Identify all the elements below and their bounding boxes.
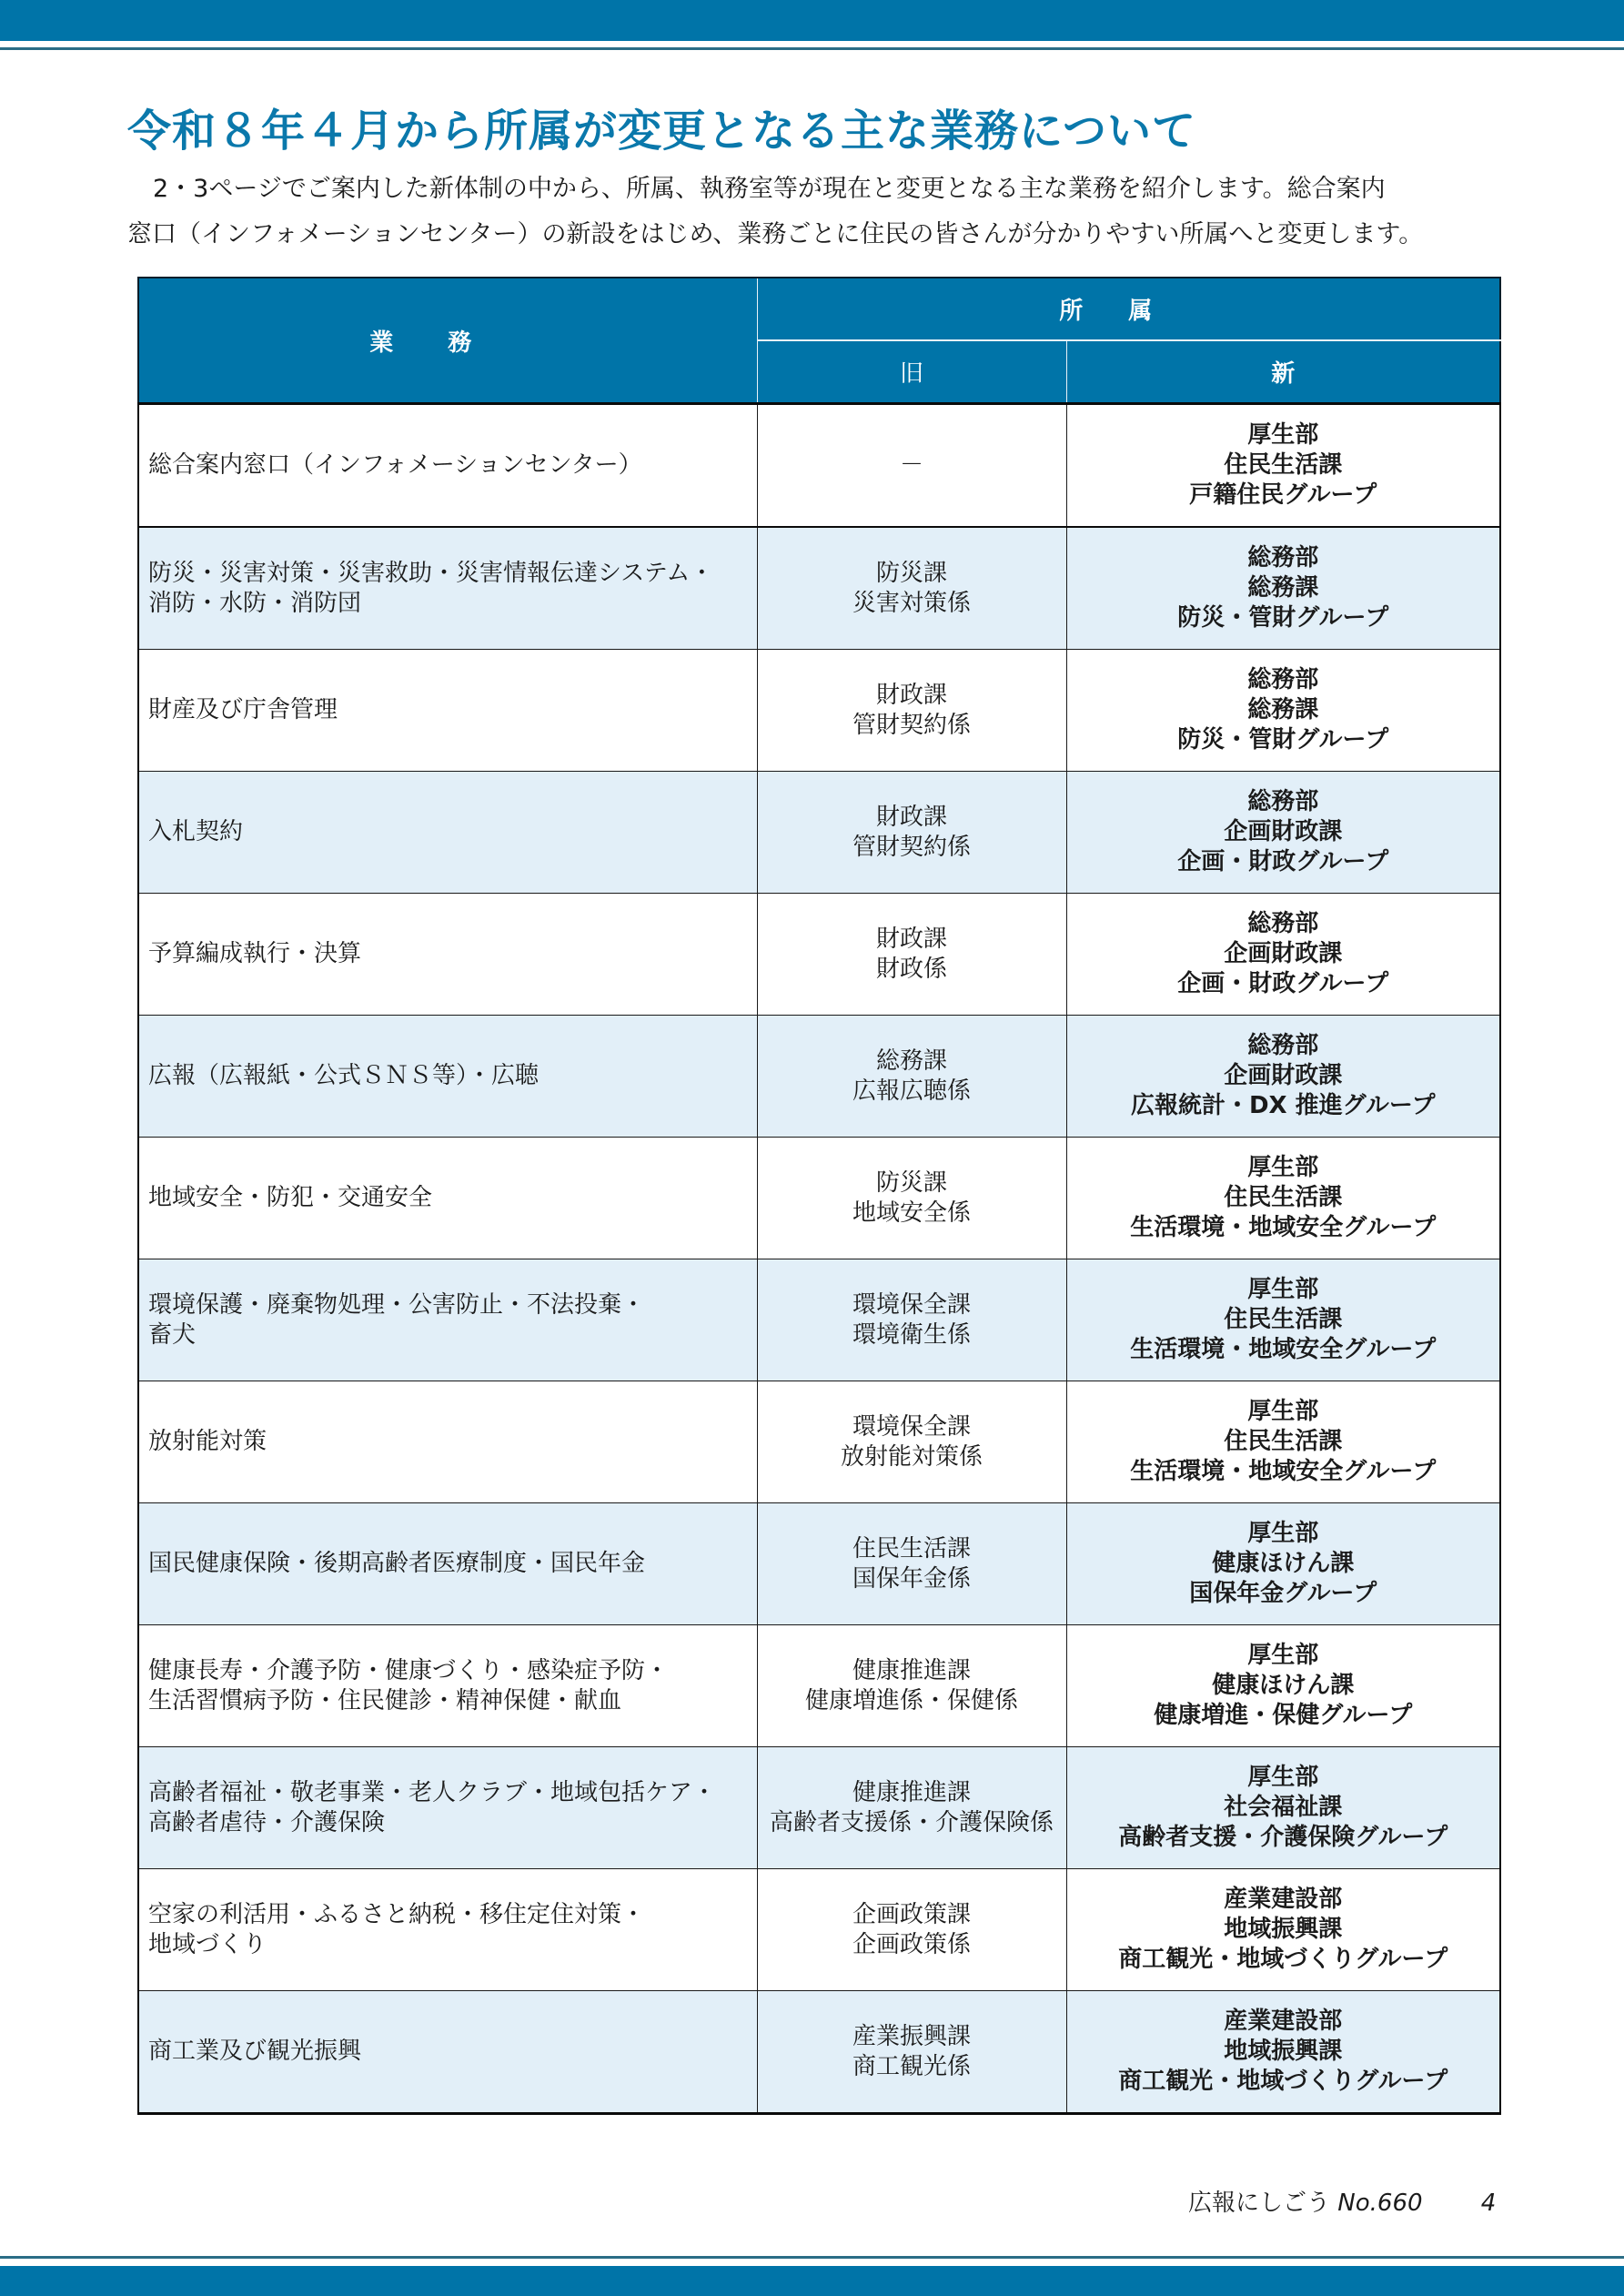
new-affiliation-cell-line: 厚生部	[1067, 1275, 1500, 1305]
old-affiliation-cell-line: 放射能対策係	[758, 1442, 1066, 1472]
old-affiliation-cell: －	[757, 404, 1066, 528]
new-affiliation-cell-line: 住民生活課	[1067, 1427, 1500, 1457]
old-affiliation-cell: 住民生活課国保年金係	[757, 1503, 1066, 1625]
header-new: 新	[1066, 340, 1500, 404]
table-row: 地域安全・防犯・交通安全防災課地域安全係厚生部住民生活課生活環境・地域安全グルー…	[138, 1138, 1500, 1259]
new-affiliation-cell: 厚生部社会福祉課高齢者支援・介護保険グループ	[1066, 1747, 1500, 1869]
old-affiliation-cell-line: 総務課	[758, 1047, 1066, 1077]
table-row: 空家の利活用・ふるさと納税・移住定住対策・地域づくり企画政策課企画政策係産業建設…	[138, 1869, 1500, 1991]
table-row: 広報（広報紙・公式ＳＮＳ等）・広聴総務課広報広聴係総務部企画財政課広報統計・DX…	[138, 1016, 1500, 1138]
new-affiliation-cell: 総務部総務課防災・管財グループ	[1066, 650, 1500, 772]
new-affiliation-cell-line: 産業建設部	[1067, 2007, 1500, 2037]
footer-rule	[0, 2256, 1624, 2259]
new-affiliation-cell-line: 総務部	[1067, 665, 1500, 695]
footer: 広報にしごう No.660 4	[1188, 2184, 1496, 2218]
new-affiliation-cell-line: 広報統計・DX 推進グループ	[1067, 1091, 1500, 1121]
old-affiliation-cell-line: 環境保全課	[758, 1412, 1066, 1442]
new-affiliation-cell-line: 商工観光・地域づくりグループ	[1067, 1945, 1500, 1975]
old-affiliation-cell-line: 商工観光係	[758, 2052, 1066, 2082]
task-cell-line: 広報（広報紙・公式ＳＮＳ等）・広聴	[148, 1061, 757, 1091]
new-affiliation-cell-line: 国保年金グループ	[1067, 1579, 1500, 1609]
header-band	[0, 0, 1624, 41]
department-change-table: 業務 所属 旧 新 総合案内窓口（インフォメーションセンター）－厚生部住民生活課…	[137, 277, 1501, 2115]
old-affiliation-cell: 防災課地域安全係	[757, 1138, 1066, 1259]
new-affiliation-cell-line: 総務課	[1067, 573, 1500, 603]
new-affiliation-cell-line: 産業建設部	[1067, 1885, 1500, 1915]
new-affiliation-cell-line: 住民生活課	[1067, 1305, 1500, 1335]
table-row: 商工業及び観光振興産業振興課商工観光係産業建設部地域振興課商工観光・地域づくりグ…	[138, 1991, 1500, 2114]
task-cell-line: 生活習慣病予防・住民健診・精神保健・献血	[148, 1686, 757, 1716]
task-cell: 財産及び庁舎管理	[138, 650, 757, 772]
new-affiliation-cell-line: 商工観光・地域づくりグループ	[1067, 2067, 1500, 2097]
task-cell-line: 財産及び庁舎管理	[148, 695, 757, 725]
new-affiliation-cell-line: 社会福祉課	[1067, 1793, 1500, 1823]
old-affiliation-cell: 防災課災害対策係	[757, 527, 1066, 650]
publication-name: 広報にしごう	[1188, 2190, 1330, 2217]
old-affiliation-cell-line: 災害対策係	[758, 589, 1066, 619]
old-affiliation-cell-line: 財政課	[758, 803, 1066, 833]
new-affiliation-cell: 産業建設部地域振興課商工観光・地域づくりグループ	[1066, 1869, 1500, 1991]
task-cell-line: 高齢者福祉・敬老事業・老人クラブ・地域包括ケア・	[148, 1778, 757, 1808]
task-cell-line: 地域づくり	[148, 1930, 757, 1960]
task-cell: 高齢者福祉・敬老事業・老人クラブ・地域包括ケア・高齢者虐待・介護保険	[138, 1747, 757, 1869]
old-affiliation-cell-line: 企画政策課	[758, 1900, 1066, 1930]
old-affiliation-cell: 健康推進課高齢者支援係・介護保険係	[757, 1747, 1066, 1869]
table-row: 財産及び庁舎管理財政課管財契約係総務部総務課防災・管財グループ	[138, 650, 1500, 772]
new-affiliation-cell-line: 健康ほけん課	[1067, 1671, 1500, 1701]
new-affiliation-cell-line: 厚生部	[1067, 1397, 1500, 1427]
task-cell: 防災・災害対策・災害救助・災害情報伝達システム・消防・水防・消防団	[138, 527, 757, 650]
task-cell: 地域安全・防犯・交通安全	[138, 1138, 757, 1259]
intro-line-2: 窓口（インフォメーションセンター）の新設をはじめ、業務ごとに住民の皆さんが分かり…	[127, 220, 1423, 248]
header-old: 旧	[757, 340, 1066, 404]
table-row: 健康長寿・介護予防・健康づくり・感染症予防・生活習慣病予防・住民健診・精神保健・…	[138, 1625, 1500, 1747]
task-cell-line: 商工業及び観光振興	[148, 2037, 757, 2067]
task-cell-line: 空家の利活用・ふるさと納税・移住定住対策・	[148, 1900, 757, 1930]
old-affiliation-cell-line: 健康推進課	[758, 1778, 1066, 1808]
new-affiliation-cell-line: 総務課	[1067, 695, 1500, 725]
old-affiliation-cell-line: 防災課	[758, 1168, 1066, 1199]
table-row: 防災・災害対策・災害救助・災害情報伝達システム・消防・水防・消防団防災課災害対策…	[138, 527, 1500, 650]
new-affiliation-cell-line: 企画財政課	[1067, 1061, 1500, 1091]
table-row: 国民健康保険・後期高齢者医療制度・国民年金住民生活課国保年金係厚生部健康ほけん課…	[138, 1503, 1500, 1625]
new-affiliation-cell-line: 住民生活課	[1067, 450, 1500, 480]
old-affiliation-cell: 総務課広報広聴係	[757, 1016, 1066, 1138]
old-affiliation-cell: 健康推進課健康増進係・保健係	[757, 1625, 1066, 1747]
new-affiliation-cell-line: 厚生部	[1067, 1763, 1500, 1793]
old-affiliation-cell: 財政課財政係	[757, 894, 1066, 1016]
footer-band	[0, 2266, 1624, 2296]
old-affiliation-cell-line: 住民生活課	[758, 1534, 1066, 1564]
task-cell: 空家の利活用・ふるさと納税・移住定住対策・地域づくり	[138, 1869, 757, 1991]
old-affiliation-cell: 企画政策課企画政策係	[757, 1869, 1066, 1991]
old-affiliation-cell-line: 健康増進係・保健係	[758, 1686, 1066, 1716]
new-affiliation-cell-line: 企画財政課	[1067, 817, 1500, 847]
page-number: 4	[1481, 2190, 1497, 2217]
old-affiliation-cell: 財政課管財契約係	[757, 772, 1066, 894]
new-affiliation-cell-line: 厚生部	[1067, 1153, 1500, 1183]
task-cell-line: 総合案内窓口（インフォメーションセンター）	[148, 450, 757, 480]
new-affiliation-cell-line: 総務部	[1067, 1031, 1500, 1061]
table-row: 放射能対策環境保全課放射能対策係厚生部住民生活課生活環境・地域安全グループ	[138, 1381, 1500, 1503]
old-affiliation-cell-line: 財政課	[758, 681, 1066, 711]
new-affiliation-cell-line: 企画財政課	[1067, 939, 1500, 969]
task-cell-line: 健康長寿・介護予防・健康づくり・感染症予防・	[148, 1656, 757, 1686]
table-body: 総合案内窓口（インフォメーションセンター）－厚生部住民生活課戸籍住民グループ防災…	[138, 404, 1500, 2114]
task-cell-line: 高齢者虐待・介護保険	[148, 1808, 757, 1838]
new-affiliation-cell-line: 防災・管財グループ	[1067, 725, 1500, 755]
task-cell-line: 放射能対策	[148, 1427, 757, 1457]
task-cell: 入札契約	[138, 772, 757, 894]
old-affiliation-cell-line: 管財契約係	[758, 833, 1066, 863]
task-cell: 健康長寿・介護予防・健康づくり・感染症予防・生活習慣病予防・住民健診・精神保健・…	[138, 1625, 757, 1747]
old-affiliation-cell-line: 企画政策係	[758, 1930, 1066, 1960]
task-cell: 広報（広報紙・公式ＳＮＳ等）・広聴	[138, 1016, 757, 1138]
new-affiliation-cell-line: 企画・財政グループ	[1067, 969, 1500, 999]
task-cell: 商工業及び観光振興	[138, 1991, 757, 2114]
old-affiliation-cell-line: 防災課	[758, 559, 1066, 589]
old-affiliation-cell-line: 高齢者支援係・介護保険係	[758, 1808, 1066, 1838]
new-affiliation-cell-line: 生活環境・地域安全グループ	[1067, 1213, 1500, 1243]
old-affiliation-cell: 環境保全課環境衛生係	[757, 1259, 1066, 1381]
old-affiliation-cell-line: 健康推進課	[758, 1656, 1066, 1686]
old-affiliation-cell: 産業振興課商工観光係	[757, 1991, 1066, 2114]
new-affiliation-cell: 総務部企画財政課広報統計・DX 推進グループ	[1066, 1016, 1500, 1138]
new-affiliation-cell: 総務部企画財政課企画・財政グループ	[1066, 772, 1500, 894]
new-affiliation-cell-line: 地域振興課	[1067, 1915, 1500, 1945]
new-affiliation-cell-line: 防災・管財グループ	[1067, 603, 1500, 633]
task-cell-line: 畜犬	[148, 1320, 757, 1350]
table-row: 環境保護・廃棄物処理・公害防止・不法投棄・畜犬環境保全課環境衛生係厚生部住民生活…	[138, 1259, 1500, 1381]
old-affiliation-cell-line: 環境保全課	[758, 1290, 1066, 1320]
task-cell-line: 国民健康保険・後期高齢者医療制度・国民年金	[148, 1549, 757, 1579]
new-affiliation-cell-line: 総務部	[1067, 909, 1500, 939]
old-affiliation-cell-line: 管財契約係	[758, 711, 1066, 741]
header-task: 業務	[138, 278, 757, 404]
new-affiliation-cell-line: 企画・財政グループ	[1067, 847, 1500, 877]
task-cell: 放射能対策	[138, 1381, 757, 1503]
old-affiliation-cell: 環境保全課放射能対策係	[757, 1381, 1066, 1503]
old-affiliation-cell-line: 産業振興課	[758, 2022, 1066, 2052]
old-affiliation-cell: 財政課管財契約係	[757, 650, 1066, 772]
table-row: 総合案内窓口（インフォメーションセンター）－厚生部住民生活課戸籍住民グループ	[138, 404, 1500, 528]
new-affiliation-cell: 産業建設部地域振興課商工観光・地域づくりグループ	[1066, 1991, 1500, 2114]
old-affiliation-cell-line: 広報広聴係	[758, 1077, 1066, 1107]
old-affiliation-cell-line: 国保年金係	[758, 1564, 1066, 1594]
new-affiliation-cell: 厚生部住民生活課生活環境・地域安全グループ	[1066, 1138, 1500, 1259]
new-affiliation-cell-line: 健康増進・保健グループ	[1067, 1701, 1500, 1731]
new-affiliation-cell-line: 厚生部	[1067, 420, 1500, 450]
intro-line-1: 2・3ページでご案内した新体制の中から、所属、執務室等が現在と変更となる主な業務…	[153, 175, 1386, 203]
new-affiliation-cell: 総務部総務課防災・管財グループ	[1066, 527, 1500, 650]
task-cell-line: 予算編成執行・決算	[148, 939, 757, 969]
new-affiliation-cell-line: 住民生活課	[1067, 1183, 1500, 1213]
old-affiliation-cell-line: 財政係	[758, 955, 1066, 985]
new-affiliation-cell-line: 厚生部	[1067, 1641, 1500, 1671]
table-row: 入札契約財政課管財契約係総務部企画財政課企画・財政グループ	[138, 772, 1500, 894]
page-title: 令和８年４月から所属が変更となる主な業務について	[127, 96, 1196, 158]
new-affiliation-cell-line: 厚生部	[1067, 1519, 1500, 1549]
old-affiliation-cell-line: 環境衛生係	[758, 1320, 1066, 1350]
task-cell-line: 環境保護・廃棄物処理・公害防止・不法投棄・	[148, 1290, 757, 1320]
task-cell: 予算編成執行・決算	[138, 894, 757, 1016]
new-affiliation-cell: 厚生部住民生活課生活環境・地域安全グループ	[1066, 1381, 1500, 1503]
new-affiliation-cell-line: 総務部	[1067, 543, 1500, 573]
table-row: 予算編成執行・決算財政課財政係総務部企画財政課企画・財政グループ	[138, 894, 1500, 1016]
old-affiliation-cell-line: 財政課	[758, 925, 1066, 955]
header-rule	[0, 47, 1624, 50]
task-cell-line: 地域安全・防犯・交通安全	[148, 1183, 757, 1213]
old-affiliation-cell-line: －	[758, 450, 1066, 480]
intro-paragraph: 2・3ページでご案内した新体制の中から、所属、執務室等が現在と変更となる主な業務…	[127, 167, 1519, 258]
table-row: 高齢者福祉・敬老事業・老人クラブ・地域包括ケア・高齢者虐待・介護保険健康推進課高…	[138, 1747, 1500, 1869]
task-cell-line: 入札契約	[148, 817, 757, 847]
new-affiliation-cell-line: 生活環境・地域安全グループ	[1067, 1335, 1500, 1365]
new-affiliation-cell-line: 高齢者支援・介護保険グループ	[1067, 1823, 1500, 1853]
new-affiliation-cell: 厚生部住民生活課戸籍住民グループ	[1066, 404, 1500, 528]
old-affiliation-cell-line: 地域安全係	[758, 1199, 1066, 1229]
task-cell: 総合案内窓口（インフォメーションセンター）	[138, 404, 757, 528]
task-cell: 環境保護・廃棄物処理・公害防止・不法投棄・畜犬	[138, 1259, 757, 1381]
new-affiliation-cell-line: 総務部	[1067, 787, 1500, 817]
header-affiliation: 所属	[757, 278, 1500, 340]
new-affiliation-cell: 厚生部健康ほけん課健康増進・保健グループ	[1066, 1625, 1500, 1747]
new-affiliation-cell-line: 戸籍住民グループ	[1067, 480, 1500, 511]
task-cell-line: 防災・災害対策・災害救助・災害情報伝達システム・	[148, 559, 757, 589]
task-cell-line: 消防・水防・消防団	[148, 589, 757, 619]
new-affiliation-cell-line: 健康ほけん課	[1067, 1549, 1500, 1579]
task-cell: 国民健康保険・後期高齢者医療制度・国民年金	[138, 1503, 757, 1625]
new-affiliation-cell: 総務部企画財政課企画・財政グループ	[1066, 894, 1500, 1016]
new-affiliation-cell-line: 地域振興課	[1067, 2037, 1500, 2067]
new-affiliation-cell: 厚生部健康ほけん課国保年金グループ	[1066, 1503, 1500, 1625]
new-affiliation-cell-line: 生活環境・地域安全グループ	[1067, 1457, 1500, 1487]
issue-number: No.660	[1337, 2190, 1422, 2217]
new-affiliation-cell: 厚生部住民生活課生活環境・地域安全グループ	[1066, 1259, 1500, 1381]
